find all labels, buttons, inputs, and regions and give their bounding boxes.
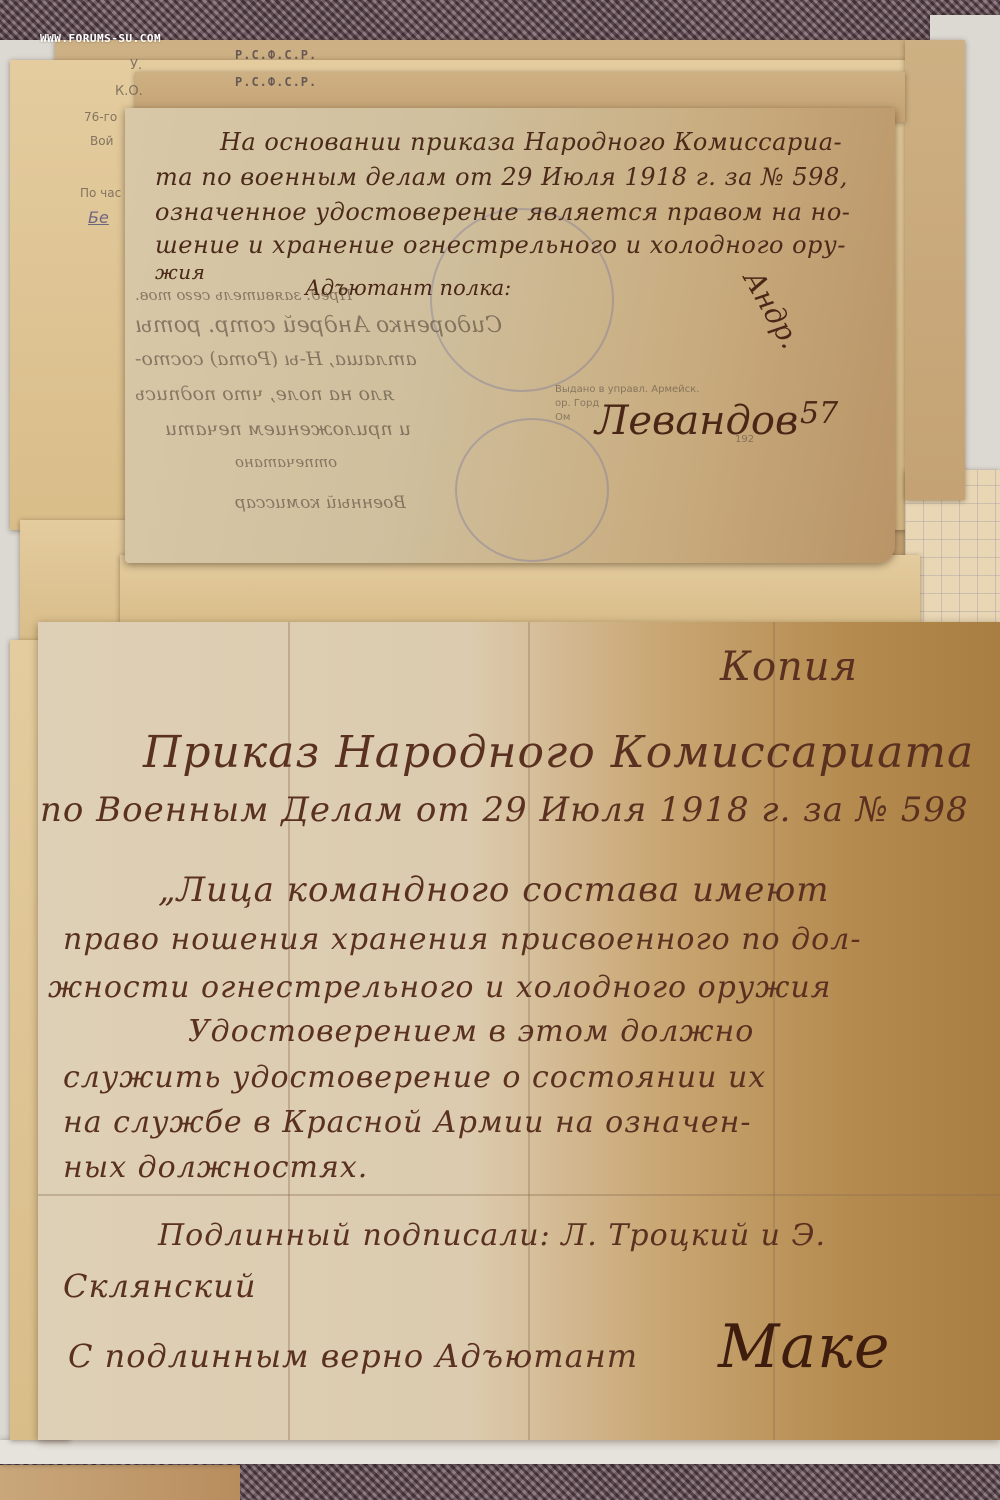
typed-text-2: К.О. <box>115 84 143 99</box>
handwritten-left: Бе <box>88 208 109 227</box>
background-paper-5 <box>120 555 920 625</box>
typed-text-1: У. <box>130 58 142 73</box>
signed-line: Подлинный подписали: Л. Троцкий и Э. <box>158 1218 826 1253</box>
signature-mark: 57 <box>800 396 838 431</box>
order-title-line-1: Приказ Народного Комиссариата <box>143 727 974 778</box>
order-body-line-2: право ношения хранения присвоенного по д… <box>63 922 861 957</box>
order-body-line-5: служить удостоверение о состоянии их <box>63 1060 766 1095</box>
mirrored-line-3: атлаша, Н-ы (Рота) состо- <box>135 348 417 370</box>
order-body-line-7: ных должностях. <box>63 1150 368 1185</box>
mirrored-line-7: Военный комиссар <box>235 493 406 513</box>
signature-levandovsky: Левандов <box>595 398 798 444</box>
stamp-text-2: Р.С.Ф.С.Р. <box>235 75 317 89</box>
mirrored-line-5: и приложением печати <box>165 418 411 440</box>
typed-text-5: По час <box>80 186 121 200</box>
order-body-line-1: „Лица командного состава имеют <box>158 870 830 910</box>
header-copy: Копия <box>720 644 858 690</box>
certificate-line-4: шение и хранение огнестрельного и холодн… <box>155 231 846 259</box>
certificate-line-3: означенное удостоверение является правом… <box>155 198 850 226</box>
mirrored-line-6: отпечатано <box>235 453 337 471</box>
adjutant-label: Адъютант полка: <box>305 276 511 300</box>
white-sheet-bottom <box>0 1440 1000 1464</box>
round-stamp-2 <box>455 418 609 562</box>
order-body-line-6: на службе в Красной Армии на означен- <box>63 1105 752 1140</box>
order-title-line-2: по Военным Делам от 29 Июля 1918 г. за №… <box>40 790 969 830</box>
fold-line-horizontal <box>38 1194 1000 1196</box>
adjutant-signature: Маке <box>718 1312 891 1382</box>
certificate-line-1: На основании приказа Народного Комиссари… <box>220 128 842 156</box>
mirrored-line-2: Сидоренко Андрей сотр. роты <box>135 313 502 338</box>
order-copy-document: Копия Приказ Народного Комиссариата по В… <box>38 622 1000 1440</box>
verified-line: С подлинным верно Адъютант <box>68 1337 638 1375</box>
background-paper-3 <box>905 40 965 500</box>
certificate-line-5: жия <box>155 260 205 284</box>
signature-right: Андр. <box>737 265 808 354</box>
typed-text-3: 76-го <box>84 110 117 124</box>
mirrored-line-4: яло на поле, что подпись <box>135 383 395 405</box>
typed-text-4: Вой <box>90 134 113 148</box>
signed-line-2: Склянский <box>63 1267 256 1305</box>
certificate-card: На основании приказа Народного Комиссари… <box>125 108 895 563</box>
certificate-line-2: та по военным делам от 29 Июля 1918 г. з… <box>155 163 848 191</box>
order-body-line-3: жности огнестрельного и холодного оружия <box>48 970 832 1005</box>
stamp-text-1: Р.С.Ф.С.Р. <box>235 48 317 62</box>
watermark: WWW.FORUMS-SU.COM <box>40 32 161 45</box>
order-body-line-4: Удостоверением в этом должно <box>188 1014 754 1049</box>
wooden-table <box>0 1465 240 1500</box>
